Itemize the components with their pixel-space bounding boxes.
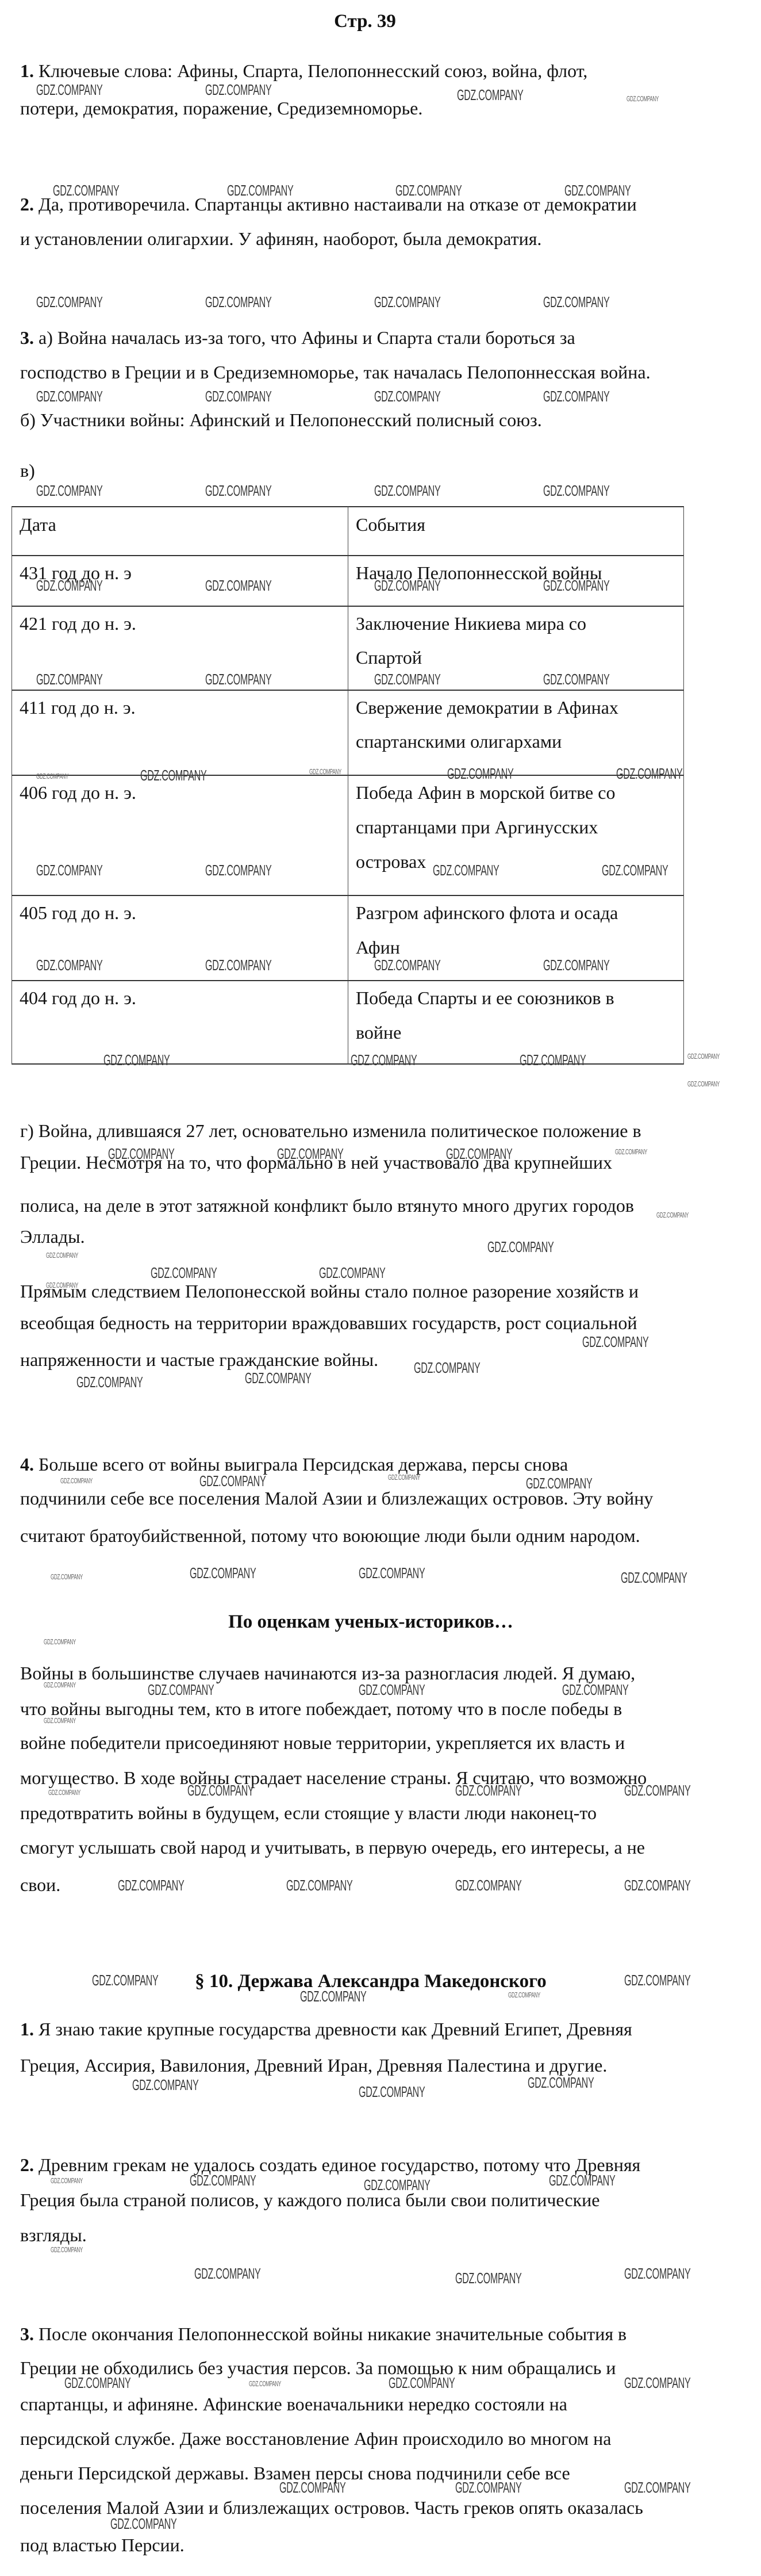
watermark: GDZ.COMPANY (46, 1251, 78, 1259)
answer-3-part-b: б) Участники войны: Афинский и Пелопонес… (20, 408, 542, 431)
table-row-event: Разгром афинского флота и осада (356, 901, 618, 924)
watermark: GDZ.COMPANY (687, 1080, 720, 1088)
page-title: Стр. 39 (0, 10, 730, 33)
watermark: GDZ.COMPANY (457, 87, 523, 102)
historians-heading: По оценкам ученых-историков… (0, 1610, 741, 1633)
answer-number: 4. (20, 1454, 34, 1475)
answer-text: Ключевые слова: Афины, Спарта, Пелопонне… (39, 60, 587, 81)
historians-line-2: что войны выгодны тем, кто в итоге побеж… (20, 1697, 622, 1720)
table-row-event: спартанцами при Аргинусских (356, 816, 598, 839)
section-heading: § 10. Держава Александра Македонского (0, 1970, 741, 1993)
answer-number: 3. (20, 2324, 34, 2344)
table-header-events: События (356, 513, 425, 536)
historians-line-6: смогут услышать свой народ и учитывать, … (20, 1836, 645, 1859)
watermark: GDZ.COMPANY (205, 483, 271, 498)
table-row-date: 421 год до н. э. (20, 612, 136, 635)
watermark: GDZ.COMPANY (36, 294, 102, 309)
s2-answer-3-line-5: деньги Персидской державы. Взамен персы … (20, 2462, 570, 2485)
table-row-date: 411 год до н. э. (20, 696, 136, 719)
table-row-event: Победа Спарты и ее союзников в (356, 986, 614, 1009)
watermark: GDZ.COMPANY (359, 2084, 425, 2099)
watermark: GDZ.COMPANY (374, 389, 440, 404)
table-border (683, 506, 684, 1065)
answer-number: 3. (20, 327, 34, 348)
historians-line-4: могущество. В ходе войны страдает населе… (20, 1766, 647, 1789)
watermark: GDZ.COMPANY (51, 2246, 83, 2253)
answer-number: 1. (20, 60, 34, 81)
answer-1-line-2: потери, демократия, поражение, Средиземн… (20, 97, 422, 120)
s2-answer-3-line-7: под властью Персии. (20, 2533, 185, 2556)
s2-answer-2-line-3: взгляды. (20, 2223, 87, 2246)
table-row-event: спартанскими олигархами (356, 730, 562, 753)
answer-number: 2. (20, 194, 34, 215)
table-row-date: 406 год до н. э. (20, 781, 136, 804)
answer-2-line-1: 2. Да, противоречила. Спартанцы активно … (20, 193, 637, 216)
watermark: GDZ.COMPANY (627, 95, 659, 102)
table-row-event: Победа Афин в морской битве со (356, 781, 615, 804)
watermark: GDZ.COMPANY (51, 2177, 83, 2184)
s2-answer-3-line-6: поселения Малой Азии и близлежащих остро… (20, 2496, 643, 2519)
watermark: GDZ.COMPANY (528, 2075, 594, 2090)
s2-answer-3-line-4: персидской службе. Даже восстановление А… (20, 2427, 611, 2450)
s2-answer-3-line-1: 3. После окончания Пелопоннесской войны … (20, 2322, 627, 2345)
table-row-event: островах (356, 850, 426, 873)
answer-text: Я знаю такие крупные государства древнос… (39, 2019, 632, 2039)
part-g-p2-line-3: напряженности и частые гражданские войны… (20, 1348, 378, 1371)
s2-answer-2-line-1: 2. Древним грекам не удалось создать еди… (20, 2153, 640, 2176)
table-header-date: Дата (20, 513, 56, 536)
watermark: GDZ.COMPANY (36, 389, 102, 404)
watermark: GDZ.COMPANY (205, 82, 271, 97)
answer-2-line-2: и установлении олигархии. У афинян, наоб… (20, 227, 541, 250)
watermark: GDZ.COMPANY (359, 1565, 425, 1580)
watermark: GDZ.COMPANY (582, 1334, 648, 1349)
watermark: GDZ.COMPANY (205, 294, 271, 309)
table-row-date: 404 год до н. э. (20, 986, 136, 1009)
watermark: GDZ.COMPANY (118, 1878, 184, 1893)
answer-1-line-1: 1. Ключевые слова: Афины, Спарта, Пелопо… (20, 59, 587, 82)
watermark: GDZ.COMPANY (151, 1265, 217, 1280)
s2-answer-1-line-2: Греция, Ассирия, Вавилония, Древний Иран… (20, 2054, 607, 2077)
table-row-event: войне (356, 1021, 401, 1044)
answer-text: После окончания Пелопоннесской войны ник… (39, 2324, 627, 2344)
answer-4-line-1: 4. Больше всего от войны выиграла Персид… (20, 1453, 568, 1476)
table-row-event: Заключение Никиева мира со (356, 612, 586, 635)
historians-line-3: войне победители присоединяют новые терр… (20, 1731, 625, 1754)
answer-3-part-v: в) (20, 459, 35, 482)
watermark: GDZ.COMPANY (487, 1239, 554, 1254)
table-border (11, 506, 12, 1065)
watermark: GDZ.COMPANY (44, 1638, 76, 1645)
answer-4-line-2: подчинили себе все поселения Малой Азии … (20, 1487, 653, 1510)
table-row-event: Спартой (356, 646, 422, 669)
watermark: GDZ.COMPANY (624, 2266, 690, 2281)
watermark: GDZ.COMPANY (36, 82, 102, 97)
part-g-line-3: полиса, на деле в этот затяжной конфликт… (20, 1194, 634, 1217)
watermark: GDZ.COMPANY (205, 389, 271, 404)
watermark: GDZ.COMPANY (374, 483, 440, 498)
watermark: GDZ.COMPANY (615, 1148, 647, 1155)
watermark: GDZ.COMPANY (455, 2271, 521, 2286)
watermark: GDZ.COMPANY (414, 1360, 480, 1375)
answer-4-line-3: считают братоубийственной, потому что во… (20, 1524, 640, 1547)
watermark: GDZ.COMPANY (374, 294, 440, 309)
s2-answer-3-line-3: спартанцы, и афиняне. Афинские военачаль… (20, 2393, 567, 2416)
watermark: GDZ.COMPANY (621, 1570, 687, 1585)
table-row-event: Афин (356, 936, 400, 959)
table-row-event: Начало Пелопоннесской войны (356, 561, 602, 584)
answer-text: Древним грекам не удалось создать единое… (39, 2154, 640, 2175)
watermark: GDZ.COMPANY (543, 294, 609, 309)
watermark: GDZ.COMPANY (48, 1789, 80, 1796)
table-border (348, 506, 348, 1065)
watermark: GDZ.COMPANY (624, 1878, 690, 1893)
part-g-line-1: г) Война, длившаяся 27 лет, основательно… (20, 1119, 641, 1142)
watermark: GDZ.COMPANY (51, 1573, 83, 1580)
historians-line-1: Войны в большинстве случаев начинаются и… (20, 1662, 635, 1685)
part-g-p2-line-2: всеобщая бедность на территории враждова… (20, 1311, 637, 1334)
answer-3-line-1: 3. а) Война началась из-за того, что Афи… (20, 326, 575, 349)
s2-answer-3-line-2: Греции не обходились без участия персов.… (20, 2356, 616, 2379)
watermark: GDZ.COMPANY (132, 2077, 198, 2092)
s2-answer-1-line-1: 1. Я знаю такие крупные государства древ… (20, 2018, 632, 2041)
watermark: GDZ.COMPANY (249, 2380, 281, 2387)
watermark: GDZ.COMPANY (36, 483, 102, 498)
answer-text: а) Война началась из-за того, что Афины … (39, 327, 575, 348)
table-row-date: 431 год до н. э (20, 561, 132, 584)
watermark: GDZ.COMPANY (76, 1375, 143, 1390)
answer-text: Больше всего от войны выиграла Персидска… (39, 1454, 568, 1475)
watermark: GDZ.COMPANY (455, 1878, 521, 1893)
part-g-p2-line-1: Прямым следствием Пелопонесской войны ст… (20, 1280, 639, 1303)
part-g-line-2: Греции. Несмотря на то, что формально в … (20, 1151, 612, 1174)
part-g-line-4: Эллады. (20, 1225, 85, 1248)
watermark: GDZ.COMPANY (656, 1211, 689, 1219)
watermark: GDZ.COMPANY (60, 1477, 93, 1484)
s2-answer-2-line-2: Греция была страной полисов, у каждого п… (20, 2188, 600, 2211)
watermark: GDZ.COMPANY (245, 1371, 311, 1385)
table-row-event: Свержение демократии в Афинах (356, 696, 618, 719)
historians-line-5: предотвратить войны в будущем, если стоя… (20, 1801, 597, 1824)
watermark: GDZ.COMPANY (194, 2266, 260, 2281)
watermark: GDZ.COMPANY (624, 2375, 690, 2390)
watermark: GDZ.COMPANY (543, 389, 609, 404)
answer-number: 2. (20, 2154, 34, 2175)
watermark: GDZ.COMPANY (190, 1565, 256, 1580)
historians-line-7: свои. (20, 1873, 60, 1896)
events-table: Дата События 431 год до н. э Начало Пело… (11, 506, 684, 1065)
answer-text: Да, противоречила. Спартанцы активно нас… (39, 194, 637, 215)
watermark: GDZ.COMPANY (624, 2480, 690, 2495)
answer-number: 1. (20, 2019, 34, 2039)
table-row-date: 405 год до н. э. (20, 901, 136, 924)
watermark: GDZ.COMPANY (319, 1265, 385, 1280)
watermark: GDZ.COMPANY (286, 1878, 352, 1893)
answer-3-line-2: господство в Греции и в Средиземноморье,… (20, 361, 651, 384)
watermark: GDZ.COMPANY (543, 483, 609, 498)
watermark: GDZ.COMPANY (687, 1052, 720, 1060)
